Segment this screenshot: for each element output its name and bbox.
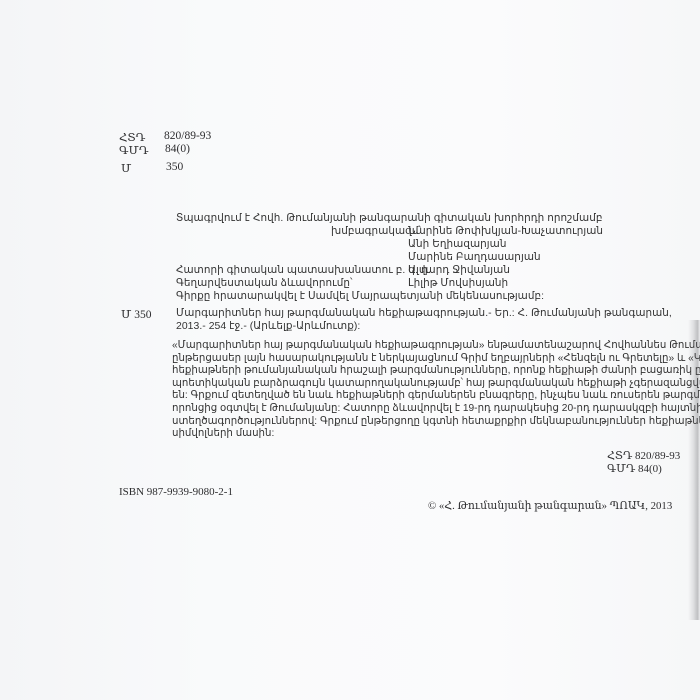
bibliographic-code: Մ 350	[121, 307, 151, 321]
lbc-bottom: ԳՄԴ 84(0)	[607, 462, 662, 475]
annotation-line: պոետիկական բարձրագույն կատարողականությամ…	[172, 378, 694, 391]
udc-label: ՀՏԴ	[119, 130, 145, 144]
scientific-editor-name: Ալվարդ Ջիվանյան	[408, 264, 510, 276]
annotation-paragraph: «Մարգարիտներ հայ թարգմանական հեքիաթագրու…	[172, 340, 694, 441]
annotation-line: «Մարգարիտներ հայ թարգմանական հեքիաթագրու…	[172, 340, 694, 353]
lbc-value: 84(0)	[165, 143, 190, 155]
art-design-label: Գեղարվեստական ձևավորումը՝	[176, 277, 353, 289]
copyright-notice: © «Հ. Թումանյանի թանգարան» ՊՈԱԿ, 2013	[428, 499, 672, 512]
udc-bottom: ՀՏԴ 820/89-93	[607, 449, 680, 462]
annotation-line: սիմվոլների մասին:	[172, 428, 694, 441]
author-mark-label: Մ	[121, 161, 131, 175]
editorial-board-member: Նարինե Թոփխկյան-Խաչատուրյան	[408, 225, 603, 237]
annotation-line: են: Գրքում զետեղված են նաև հեքիաթների գե…	[172, 390, 694, 403]
annotation-line: որոնցից օգտվել է Թումանյանը: Հատորը ձևավ…	[172, 403, 694, 416]
annotation-line: ստեղծագործություններով: Գրքում ընթերցողը…	[172, 416, 694, 429]
lbc-label: ԳՄԴ	[119, 143, 149, 157]
annotation-line: հեքիաթների թումանյանական հրաշալի թարգման…	[172, 365, 694, 378]
annotation-line: ընթերցասեր լայն հասարակությանն է ներկայա…	[172, 353, 694, 366]
author-mark-value: 350	[166, 161, 183, 173]
scientific-editor-label: Հատորի գիտական պատասխանատու բ. գ. դ.	[176, 264, 431, 276]
bibliographic-details: 2013.- 254 էջ.- (Արևելք-Արևմուտք):	[176, 320, 360, 332]
editorial-board-member: Մարինե Բաղդասարյան	[408, 251, 541, 263]
editorial-board-member: Անի Եղիազարյան	[408, 238, 506, 250]
sponsor-note: Գիրքը հրատարակվել է Սամվել Մայրապետյանի …	[176, 290, 544, 302]
published-by-note: Տպագրվում է Հովհ. Թումանյանի թանգարանի գ…	[176, 212, 602, 224]
udc-value: 820/89-93	[164, 130, 211, 142]
book-imprint-page: ՀՏԴ 820/89-93 ԳՄԴ 84(0) Մ 350 Տպագրվում …	[0, 0, 700, 700]
page-edge-shadow	[688, 320, 700, 620]
bibliographic-title: Մարգարիտներ հայ թարգմանական հեքիաթագրութ…	[176, 307, 672, 319]
art-designer-name: Լիլիթ Մովսիսյանի	[408, 277, 508, 289]
isbn: ISBN 987-9939-9080-2-1	[119, 486, 233, 498]
